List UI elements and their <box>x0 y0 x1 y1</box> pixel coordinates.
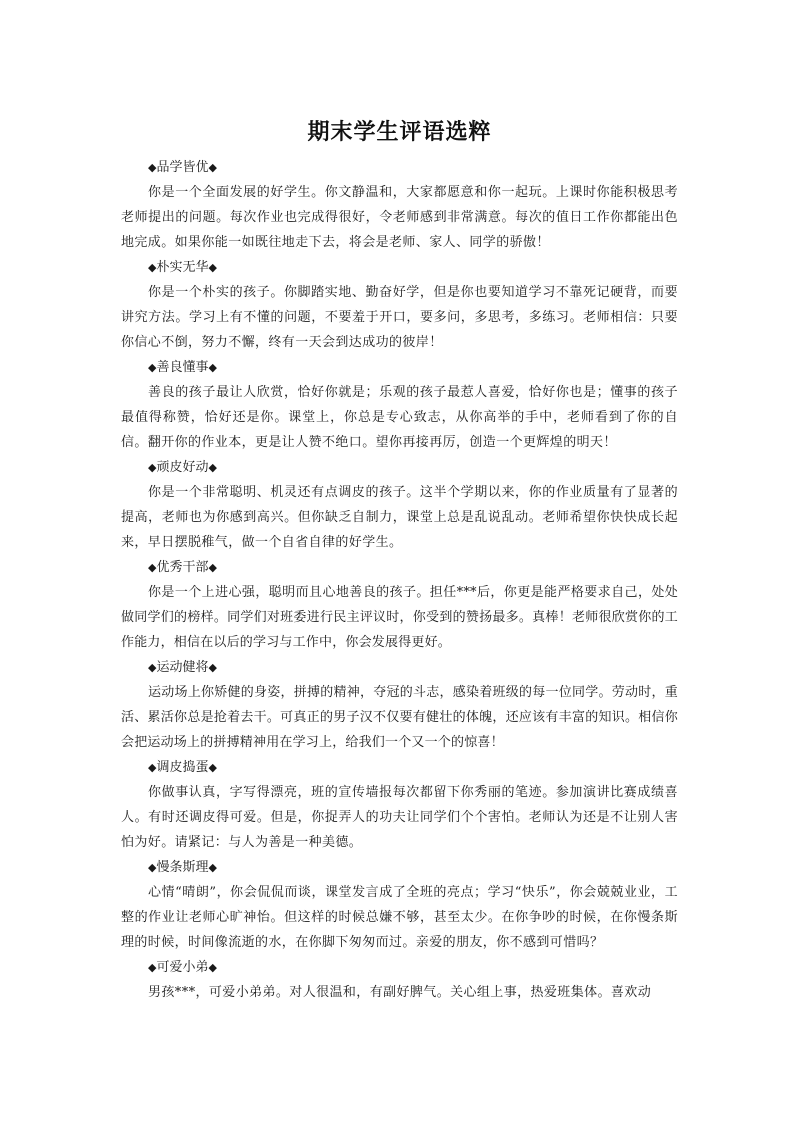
comment-section: ◆调皮捣蛋◆ 你做事认真，字写得漂亮，班的宣传墙报每次都留下你秀丽的笔迹。参加演… <box>121 755 678 855</box>
section-heading-label: 可爱小弟 <box>156 960 208 975</box>
section-body: 你做事认真，字写得漂亮，班的宣传墙报每次都留下你秀丽的笔迹。参加演讲比赛成绩喜人… <box>121 780 678 855</box>
section-body: 你是一个非常聪明、机灵还有点调皮的孩子。这半个学期以来，你的作业质量有了显著的提… <box>121 480 678 555</box>
diamond-icon: ◆ <box>208 655 216 680</box>
section-heading: ◆优秀干部◆ <box>121 555 678 580</box>
section-body: 心情“晴朗”，你会侃侃而谈，课堂发言成了全班的亮点；学习“快乐”，你会兢兢业业，… <box>121 880 678 955</box>
comment-section: ◆品学皆优◆ 你是一个全面发展的好学生。你文静温和，大家都愿意和你一起玩。上课时… <box>121 155 678 255</box>
diamond-icon: ◆ <box>208 155 216 180</box>
section-heading-label: 品学皆优 <box>156 160 208 175</box>
section-heading-label: 善良懂事 <box>156 360 208 375</box>
section-heading: ◆运动健将◆ <box>121 655 678 680</box>
section-body: 男孩***，可爱小弟弟。对人很温和，有副好脾气。关心组上事，热爱班集体。喜欢动 <box>121 980 678 1005</box>
comment-section: ◆优秀干部◆ 你是一个上进心强，聪明而且心地善良的孩子。担任***后，你更是能严… <box>121 555 678 655</box>
section-heading-label: 调皮捣蛋 <box>156 760 208 775</box>
comment-section: ◆可爱小弟◆ 男孩***，可爱小弟弟。对人很温和，有副好脾气。关心组上事，热爱班… <box>121 955 678 1005</box>
section-body: 运动场上你矫健的身姿，拼搏的精神，夺冠的斗志，感染着班级的每一位同学。劳动时，重… <box>121 680 678 755</box>
diamond-icon: ◆ <box>208 855 216 880</box>
section-body: 你是一个朴实的孩子。你脚踏实地、勤奋好学，但是你也要知道学习不靠死记硬背，而要讲… <box>121 280 678 355</box>
section-body: 善良的孩子最让人欣赏，恰好你就是；乐观的孩子最惹人喜爱，恰好你也是；懂事的孩子最… <box>121 380 678 455</box>
document-content: ◆品学皆优◆ 你是一个全面发展的好学生。你文静温和，大家都愿意和你一起玩。上课时… <box>121 155 678 1005</box>
comment-section: ◆善良懂事◆ 善良的孩子最让人欣赏，恰好你就是；乐观的孩子最惹人喜爱，恰好你也是… <box>121 355 678 455</box>
comment-section: ◆顽皮好动◆ 你是一个非常聪明、机灵还有点调皮的孩子。这半个学期以来，你的作业质… <box>121 455 678 555</box>
section-heading: ◆慢条斯理◆ <box>121 855 678 880</box>
diamond-icon: ◆ <box>208 755 216 780</box>
document-title: 期末学生评语选粹 <box>121 118 678 148</box>
section-heading: ◆可爱小弟◆ <box>121 955 678 980</box>
diamond-icon: ◆ <box>208 455 216 480</box>
section-heading: ◆品学皆优◆ <box>121 155 678 180</box>
comment-section: ◆慢条斯理◆ 心情“晴朗”，你会侃侃而谈，课堂发言成了全班的亮点；学习“快乐”，… <box>121 855 678 955</box>
section-heading-label: 优秀干部 <box>156 560 208 575</box>
section-heading: ◆顽皮好动◆ <box>121 455 678 480</box>
section-heading-label: 运动健将 <box>156 660 208 675</box>
section-heading: ◆善良懂事◆ <box>121 355 678 380</box>
diamond-icon: ◆ <box>208 255 216 280</box>
section-heading: ◆调皮捣蛋◆ <box>121 755 678 780</box>
diamond-icon: ◆ <box>208 355 216 380</box>
section-body: 你是一个上进心强，聪明而且心地善良的孩子。担任***后，你更是能严格要求自己，处… <box>121 580 678 655</box>
comment-section: ◆运动健将◆ 运动场上你矫健的身姿，拼搏的精神，夺冠的斗志，感染着班级的每一位同… <box>121 655 678 755</box>
diamond-icon: ◆ <box>208 955 216 980</box>
comment-section: ◆朴实无华◆ 你是一个朴实的孩子。你脚踏实地、勤奋好学，但是你也要知道学习不靠死… <box>121 255 678 355</box>
diamond-icon: ◆ <box>208 555 216 580</box>
section-heading-label: 顽皮好动 <box>156 460 208 475</box>
section-heading-label: 朴实无华 <box>156 260 208 275</box>
section-heading: ◆朴实无华◆ <box>121 255 678 280</box>
section-body: 你是一个全面发展的好学生。你文静温和，大家都愿意和你一起玩。上课时你能积极思考老… <box>121 180 678 255</box>
section-heading-label: 慢条斯理 <box>156 860 208 875</box>
